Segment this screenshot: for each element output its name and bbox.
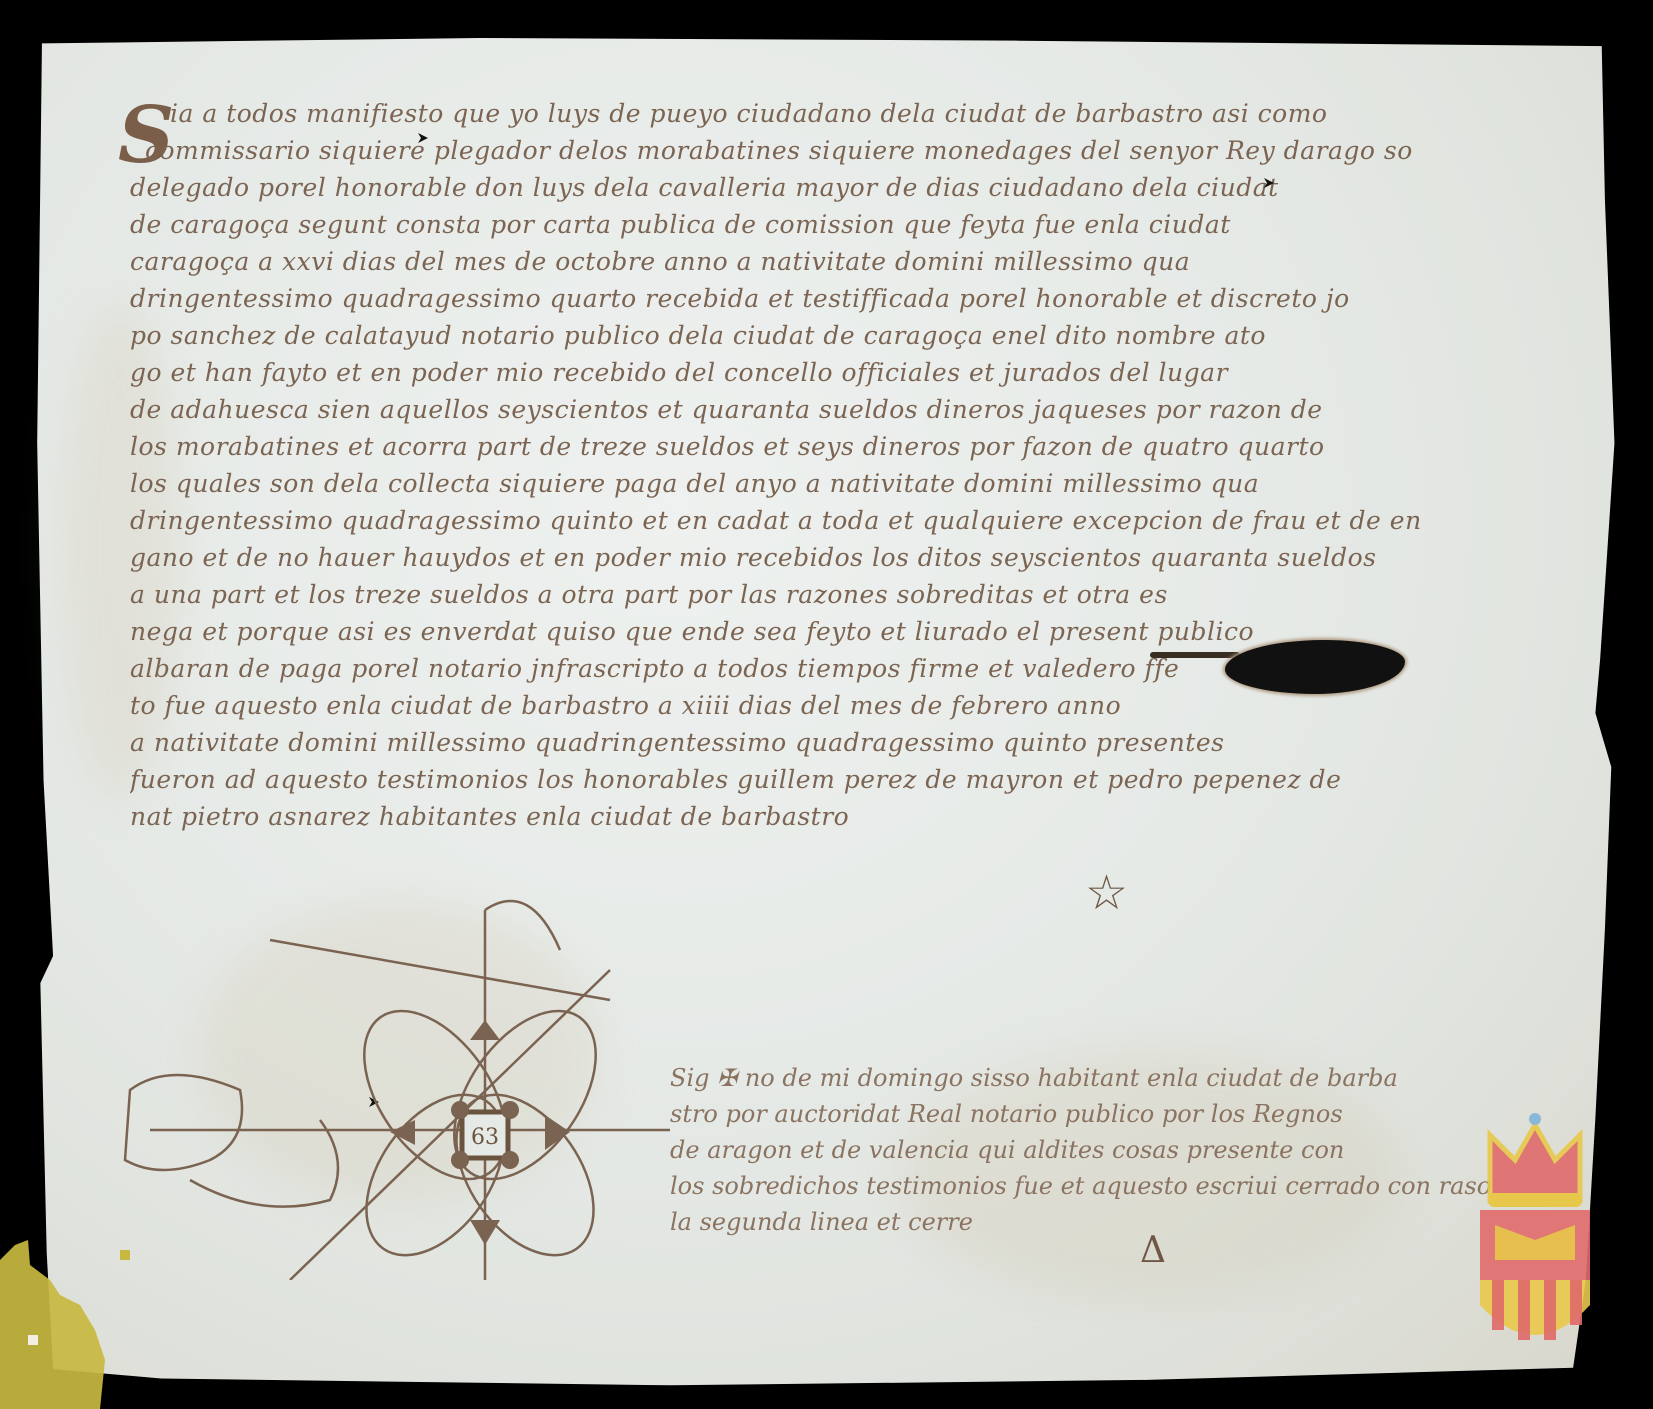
subscription-line: de aragon et de valencia qui aldites cos… xyxy=(670,1132,1491,1168)
text-line: dringentessimo quadragessimo quarto rece… xyxy=(130,280,1570,317)
text-line: go et han fayto et en poder mio recebido… xyxy=(130,354,1570,391)
notarial-sign-icon: 63 xyxy=(90,860,670,1280)
subscription-line: la segunda linea et cerre xyxy=(670,1204,1491,1240)
text-line: los morabatines et acorra part de treze … xyxy=(130,428,1570,465)
text-line: to fue aquesto enla ciudat de barbastro … xyxy=(130,687,1570,724)
svg-text:63: 63 xyxy=(471,1125,499,1150)
charter-body: ia a todos manifiesto que yo luys de pue… xyxy=(130,95,1570,835)
notary-mark: Δ xyxy=(1140,1230,1166,1271)
text-line: commissario siquiere plegador delos mora… xyxy=(130,132,1570,169)
pentagram-mark: ☆ xyxy=(1085,865,1128,921)
text-line: caragoça a xxvi dias del mes de octobre … xyxy=(130,243,1570,280)
notary-subscription: Sig ✠ no de mi domingo sisso habitant en… xyxy=(670,1060,1491,1240)
subscription-line: Sig ✠ no de mi domingo sisso habitant en… xyxy=(670,1060,1491,1096)
coat-of-arms-icon xyxy=(1460,1105,1610,1345)
text-line: ia a todos manifiesto que yo luys de pue… xyxy=(130,95,1570,132)
province-map-icon xyxy=(0,1240,140,1409)
parchment-tear xyxy=(1150,652,1240,658)
text-line: delegado porel honorable don luys dela c… xyxy=(130,169,1570,206)
subscription-line: stro por auctoridat Real notario publico… xyxy=(670,1096,1491,1132)
text-line: po sanchez de calatayud notario publico … xyxy=(130,317,1570,354)
text-line: de caragoça segunt consta por carta publ… xyxy=(130,206,1570,243)
text-line: a nativitate domini millessimo quadringe… xyxy=(130,724,1570,761)
text-line: gano et de no hauer hauydos et en poder … xyxy=(130,539,1570,576)
text-line: nat pietro asnarez habitantes enla ciuda… xyxy=(130,798,1570,835)
text-line: los quales son dela collecta siquiere pa… xyxy=(130,465,1570,502)
text-line: a una part et los treze sueldos a otra p… xyxy=(130,576,1570,613)
text-line: fueron ad aquesto testimonios los honora… xyxy=(130,761,1570,798)
text-line: de adahuesca sien aquellos seyscientos e… xyxy=(130,391,1570,428)
subscription-line: los sobredichos testimonios fue et aques… xyxy=(670,1168,1491,1204)
text-line: dringentessimo quadragessimo quinto et e… xyxy=(130,502,1570,539)
